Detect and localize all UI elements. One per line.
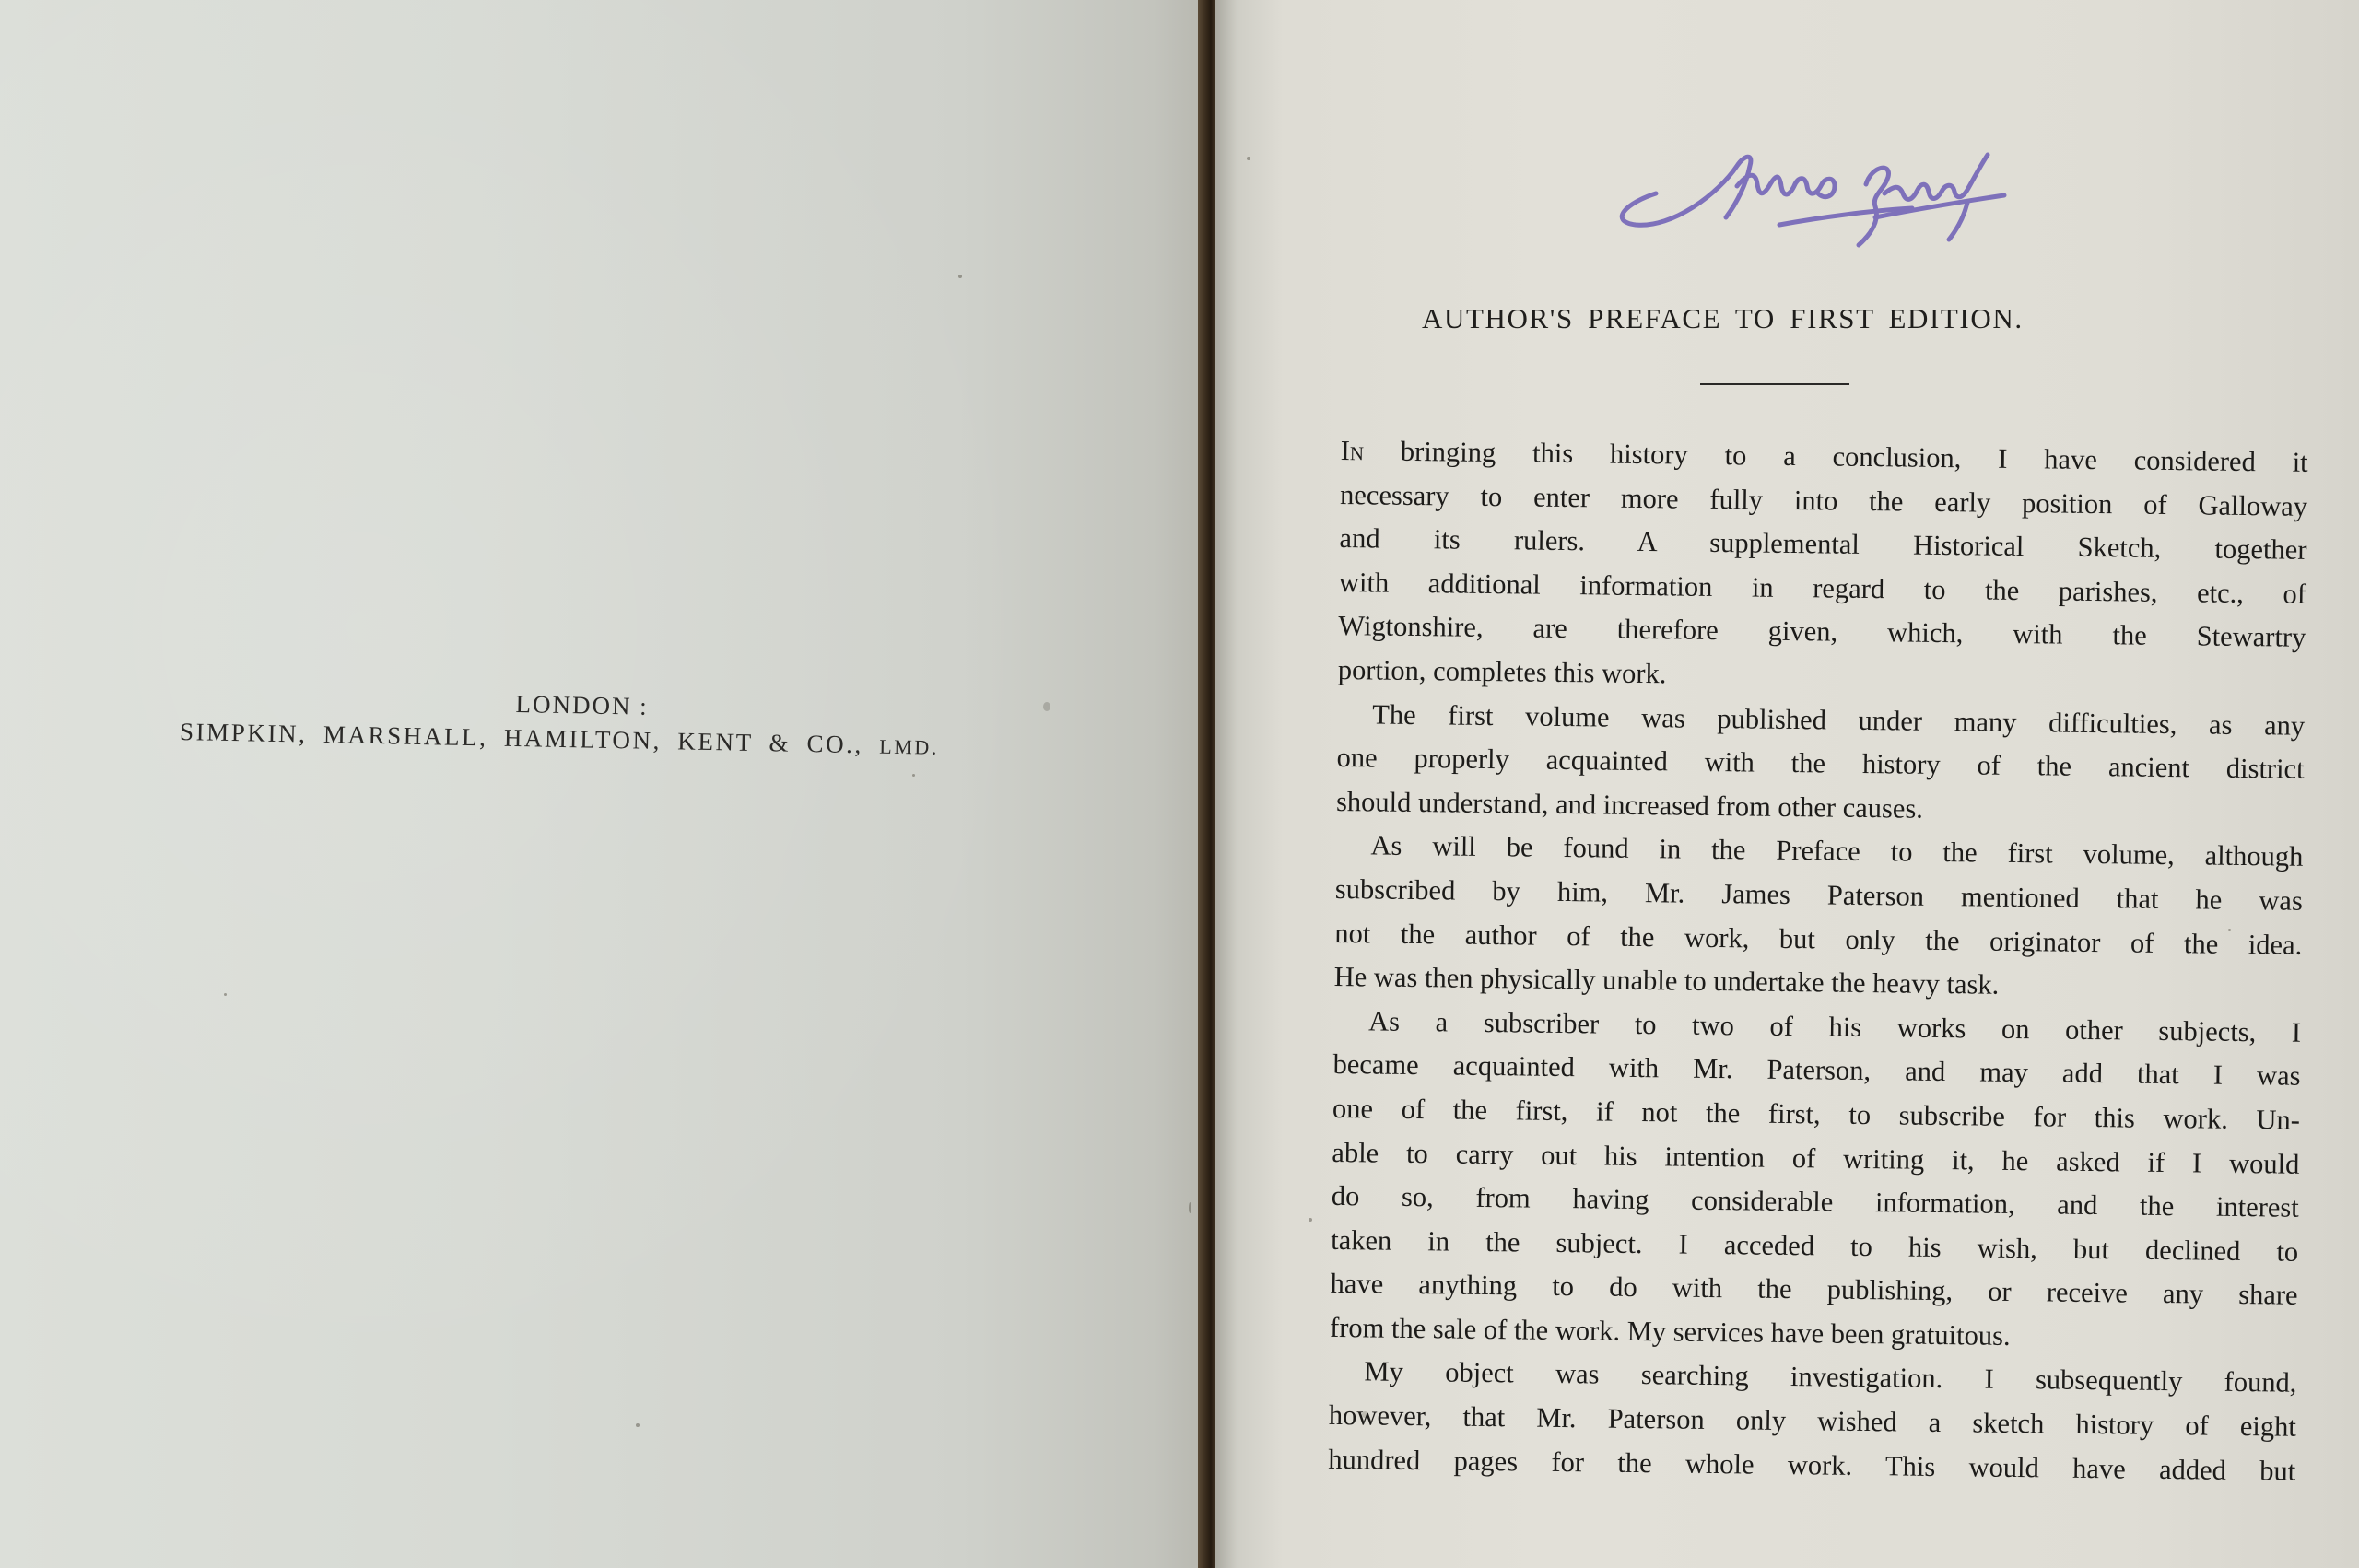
- drop-lead: In: [1341, 435, 1365, 466]
- left-page: LONDON : SIMPKIN, MARSHALL, HAMILTON, KE…: [0, 0, 1202, 1568]
- ink-signature-icon: [1599, 129, 2041, 258]
- page-title: AUTHOR'S PREFACE TO FIRST EDITION.: [1422, 302, 2177, 335]
- paper-speck: [912, 774, 915, 777]
- publisher-imprint: LONDON : SIMPKIN, MARSHALL, HAMILTON, KE…: [180, 684, 992, 762]
- title-divider: [1700, 383, 1849, 385]
- paragraph-4: As a subscriber to two of his works on o…: [1330, 1000, 2302, 1363]
- paragraph-5: My object was searching investigation. I…: [1328, 1350, 2297, 1493]
- publisher-suffix: LMD.: [879, 735, 939, 759]
- paragraph-2: The first volume was published under man…: [1336, 693, 2306, 837]
- publisher-name: SIMPKIN, MARSHALL, HAMILTON, KENT & CO.,: [180, 718, 864, 758]
- paragraph-1: In bringing this history to a conclusion…: [1338, 429, 2308, 704]
- paper-speck: [224, 993, 227, 996]
- paper-speck: [1309, 1218, 1312, 1222]
- preface-body: In bringing this history to a conclusion…: [1328, 429, 2308, 1493]
- open-book-spread: LONDON : SIMPKIN, MARSHALL, HAMILTON, KE…: [0, 0, 2359, 1568]
- paper-speck: [958, 275, 962, 278]
- paper-speck: [1247, 157, 1250, 160]
- paper-speck: [1043, 702, 1050, 711]
- paper-speck: [636, 1423, 640, 1427]
- paragraph-3: As will be found in the Preface to the f…: [1333, 824, 2303, 1011]
- paper-speck: [1189, 1202, 1191, 1213]
- book-gutter: [1198, 0, 1216, 1568]
